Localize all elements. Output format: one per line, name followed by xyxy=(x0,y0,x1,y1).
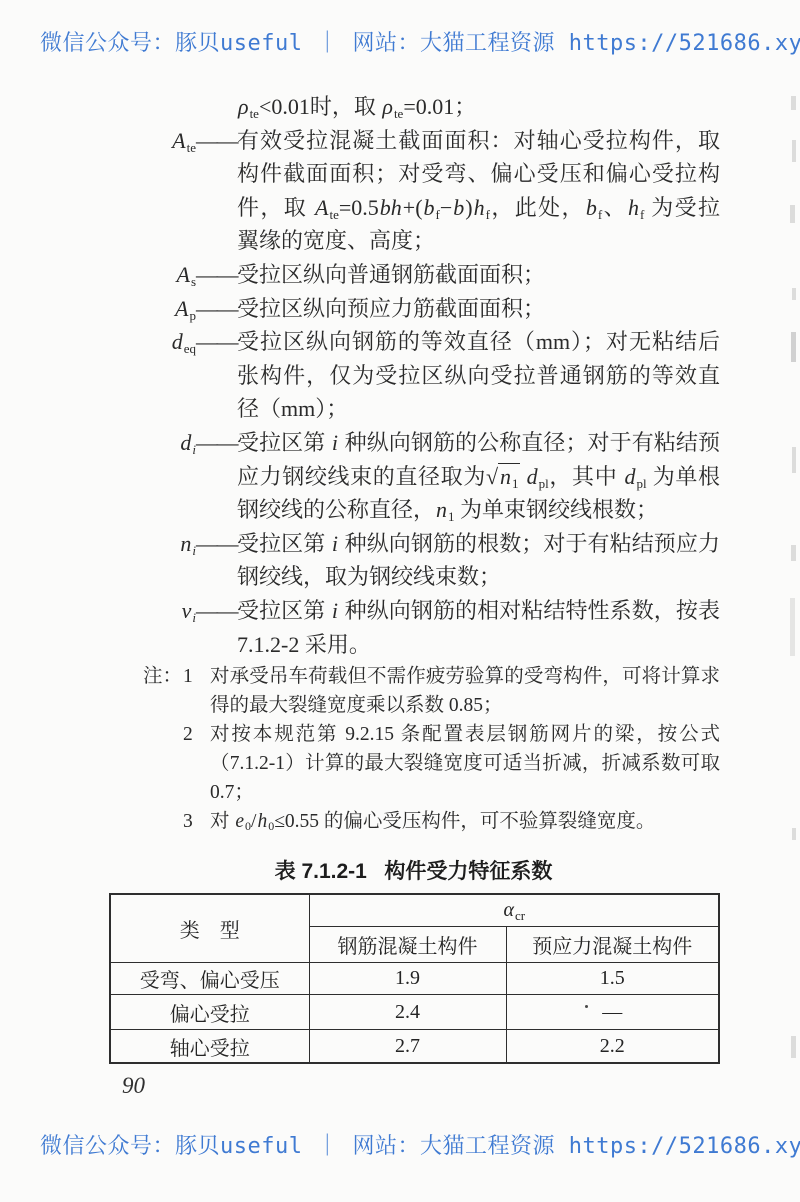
definition-term: Ate—— xyxy=(135,124,237,258)
table-row: 偏心受拉 2.4 — xyxy=(110,995,719,1030)
definition-term: νi—— xyxy=(135,594,237,661)
definition-term: As—— xyxy=(135,258,237,292)
em-dash: —— xyxy=(196,124,237,258)
cell-rc: 1.9 xyxy=(309,963,506,995)
cell-rc: 2.4 xyxy=(309,995,506,1030)
footer-watermark: 微信公众号：豚贝useful ｜ 网站：大猫工程资源 https://52168… xyxy=(40,1129,800,1160)
em-dash: —— xyxy=(196,258,237,292)
definition-item-Ate: Ate—— 有效受拉混凝土截面面积：对轴心受拉构件，取构件截面面积；对受弯、偏心… xyxy=(135,124,720,258)
note-text: 对按本规范第 9.2.15 条配置表层钢筋网片的梁，按公式（7.1.2-1）计算… xyxy=(210,720,720,807)
scan-artifact xyxy=(792,288,796,300)
em-dash: —— xyxy=(196,325,237,426)
definition-text: 受拉区纵向钢筋的等效直径（mm）；对无粘结后张构件，仅为受拉区纵向受拉普通钢筋的… xyxy=(237,325,720,426)
scan-artifact xyxy=(790,205,795,223)
page-number: 90 xyxy=(122,1073,145,1099)
header-cell-pc: 预应力混凝土构件 xyxy=(506,927,719,963)
cell-pc: 2.2 xyxy=(506,1030,719,1064)
note-text: 对承受吊车荷载但不需作疲劳验算的受弯构件，可将计算求得的最大裂缝宽度乘以系数 0… xyxy=(210,662,720,720)
scan-artifact xyxy=(790,598,795,656)
cell-rc: 2.7 xyxy=(309,1030,506,1064)
cell-type: 轴心受拉 xyxy=(110,1030,309,1064)
symbol: Ap xyxy=(174,292,196,326)
notes-block: 注： 1 对承受吊车荷载但不需作疲劳验算的受弯构件，可将计算求得的最大裂缝宽度乘… xyxy=(135,662,720,836)
symbol: ni xyxy=(179,527,196,594)
scan-artifact xyxy=(792,140,796,162)
em-dash: —— xyxy=(196,426,237,527)
scan-artifact xyxy=(791,545,796,561)
note-number: 2 xyxy=(183,720,210,807)
cell-pc: 1.5 xyxy=(506,963,719,995)
definition-text: 受拉区纵向预应力筋截面面积； xyxy=(237,292,720,326)
note-item-1: 注： 1 对承受吊车荷载但不需作疲劳验算的受弯构件，可将计算求得的最大裂缝宽度乘… xyxy=(135,662,720,720)
cell-type: 偏心受拉 xyxy=(110,995,309,1030)
scan-artifact xyxy=(791,332,796,362)
definition-text: 受拉区第 i 种纵向钢筋的公称直径；对于有粘结预应力钢绞线束的直径取为√n1 d… xyxy=(237,426,720,527)
definition-item-ni: ni—— 受拉区第 i 种纵向钢筋的根数；对于有粘结预应力钢绞线，取为钢绞线束数… xyxy=(135,527,720,594)
definitions-block: ρte<0.01时，取 ρte=0.01； Ate—— 有效受拉混凝土截面面积：… xyxy=(135,90,720,661)
header-watermark: 微信公众号：豚贝useful ｜ 网站：大猫工程资源 https://52168… xyxy=(40,26,800,57)
symbol: Ate xyxy=(171,124,196,258)
symbol: di xyxy=(179,426,196,527)
symbol: νi xyxy=(181,594,196,661)
continuation-line: ρte<0.01时，取 ρte=0.01； xyxy=(135,90,720,124)
table-row: 轴心受拉 2.7 2.2 xyxy=(110,1030,719,1064)
symbol: As xyxy=(175,258,196,292)
table-header-row-1: 类 型 αcr xyxy=(110,894,719,927)
scan-artifact xyxy=(791,1036,796,1058)
header-cell-alpha-cr: αcr xyxy=(309,894,719,927)
symbol: deq xyxy=(171,325,196,426)
notes-label: 注： xyxy=(143,662,183,720)
definition-text: 有效受拉混凝土截面面积：对轴心受拉构件，取构件截面面积；对受弯、偏心受压和偏心受… xyxy=(237,124,720,258)
note-text: 对 e0/h0≤0.55 的偏心受压构件，可不验算裂缝宽度。 xyxy=(210,807,720,836)
definition-term: Ap—— xyxy=(135,292,237,326)
note-item-2: 2 对按本规范第 9.2.15 条配置表层钢筋网片的梁，按公式（7.1.2-1）… xyxy=(135,720,720,807)
notes-label-spacer xyxy=(143,807,183,836)
scan-artifact xyxy=(792,828,796,840)
note-number: 3 xyxy=(183,807,210,836)
document-page: { "watermark": { "header": "微信公众号：豚贝usef… xyxy=(0,0,800,1202)
scan-speck xyxy=(585,1005,588,1008)
definition-text: 受拉区第 i 种纵向钢筋的根数；对于有粘结预应力钢绞线，取为钢绞线束数； xyxy=(237,527,720,594)
definition-text: 受拉区纵向普通钢筋截面面积； xyxy=(237,258,720,292)
cell-pc: — xyxy=(506,995,719,1030)
definition-item-Ap: Ap—— 受拉区纵向预应力筋截面面积； xyxy=(135,292,720,326)
definition-term: di—— xyxy=(135,426,237,527)
header-cell-type: 类 型 xyxy=(110,894,309,963)
notes-label-spacer xyxy=(143,720,183,807)
em-dash: —— xyxy=(196,594,237,661)
definition-text: 受拉区第 i 种纵向钢筋的相对粘结特性系数，按表 7.1.2-2 采用。 xyxy=(237,594,720,661)
cell-type: 受弯、偏心受压 xyxy=(110,963,309,995)
definition-term: deq—— xyxy=(135,325,237,426)
definition-item-deq: deq—— 受拉区纵向钢筋的等效直径（mm）；对无粘结后张构件，仅为受拉区纵向受… xyxy=(135,325,720,426)
definition-term: ni—— xyxy=(135,527,237,594)
note-number: 1 xyxy=(183,662,210,720)
table-title: 表 7.1.2-1 构件受力特征系数 xyxy=(109,855,718,885)
em-dash: —— xyxy=(196,527,237,594)
em-dash: —— xyxy=(196,292,237,326)
scan-artifact xyxy=(791,96,796,110)
feature-coefficient-table: 类 型 αcr 钢筋混凝土构件 预应力混凝土构件 受弯、偏心受压 1.9 1.5… xyxy=(109,893,720,1064)
scan-artifact xyxy=(792,447,796,473)
definition-item-As: As—— 受拉区纵向普通钢筋截面面积； xyxy=(135,258,720,292)
table-row: 受弯、偏心受压 1.9 1.5 xyxy=(110,963,719,995)
definition-item-nui: νi—— 受拉区第 i 种纵向钢筋的相对粘结特性系数，按表 7.1.2-2 采用… xyxy=(135,594,720,661)
definition-item-di: di—— 受拉区第 i 种纵向钢筋的公称直径；对于有粘结预应力钢绞线束的直径取为… xyxy=(135,426,720,527)
header-cell-rc: 钢筋混凝土构件 xyxy=(309,927,506,963)
note-item-3: 3 对 e0/h0≤0.55 的偏心受压构件，可不验算裂缝宽度。 xyxy=(135,807,720,836)
